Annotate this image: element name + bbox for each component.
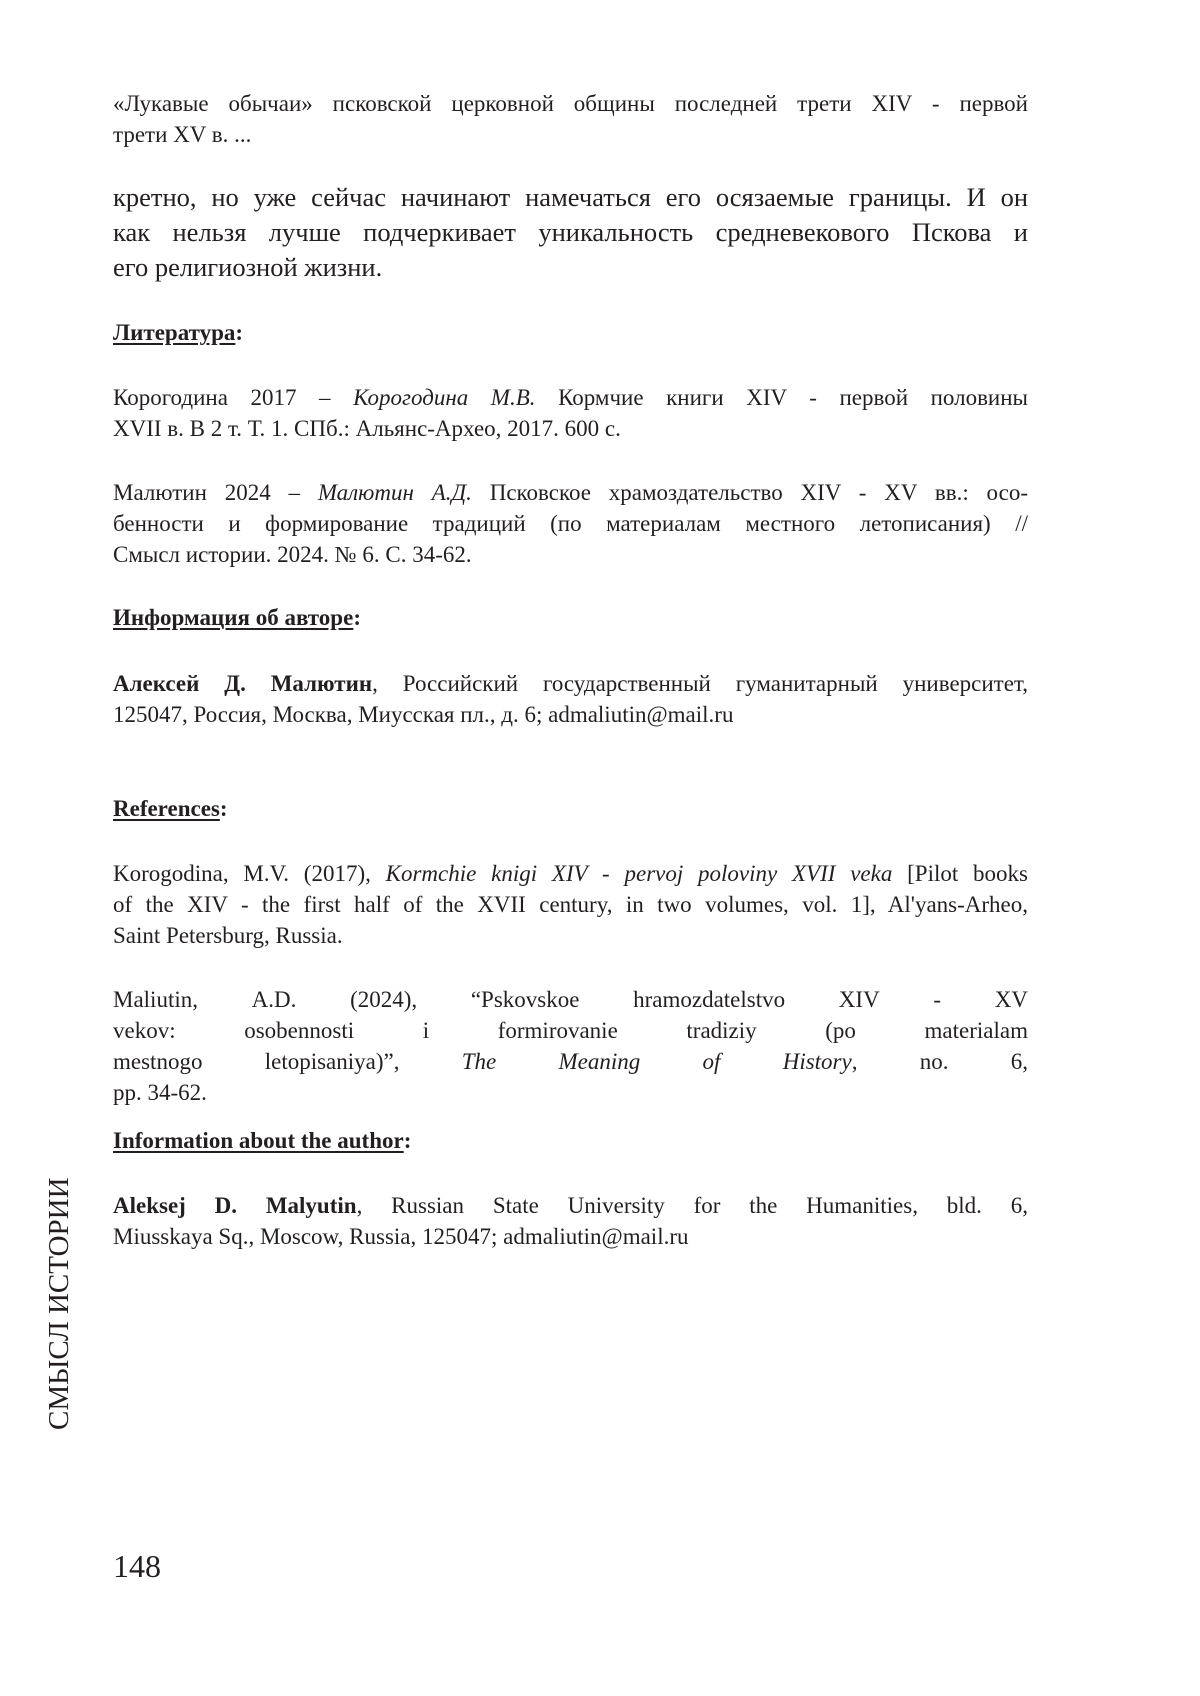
author-info-ru: Алексей Д. Малютин, Российский государст…: [113, 668, 1028, 730]
running-header-line: «Лукавые обычаи» псковской церковной общ…: [113, 88, 1028, 119]
reference-line: pp. 34-62.: [113, 1077, 1028, 1108]
literature-entry: Корогодина 2017 – Корогодина М.В. Кормчи…: [113, 382, 1028, 444]
body-line: кретно, но уже сейчас начинают намечатьс…: [113, 180, 1028, 215]
reference-line: Maliutin,A.D.(2024),“Pskovskoehramozdate…: [113, 984, 1028, 1015]
body-line: как нельзя лучше подчеркивает уникальнос…: [113, 215, 1028, 250]
reference-line: mestnogoletopisaniya)”,TheMeaningofHisto…: [113, 1046, 1028, 1077]
reference-entry: Korogodina, M.V. (2017), Kormchie knigi …: [113, 858, 1028, 951]
author-name: Aleksej D. Malyutin: [113, 1193, 357, 1218]
running-header-line: трети XV в. ...: [113, 119, 1028, 150]
journal-side-title: СМЫСЛ ИСТОРИИ: [44, 1177, 74, 1430]
references-heading: References:: [113, 794, 228, 824]
author-info-heading-en: Information about the author:: [113, 1126, 411, 1156]
author-name-italic: Малютин А.Д.: [318, 480, 472, 505]
body-line: его религиозной жизни.: [113, 250, 1028, 285]
reference-line: vekov:osobennostiiformirovanietradiziy(p…: [113, 1015, 1028, 1046]
author-name: Алексей Д. Малютин: [113, 671, 372, 696]
running-header: «Лукавые обычаи» псковской церковной общ…: [113, 88, 1028, 150]
reference-entry: Maliutin,A.D.(2024),“Pskovskoehramozdate…: [113, 984, 1028, 1108]
body-paragraph: кретно, но уже сейчас начинают намечатьс…: [113, 180, 1028, 285]
author-info-en: Aleksej D. Malyutin, Russian State Unive…: [113, 1190, 1028, 1252]
author-name-italic: Корогодина М.В.: [353, 385, 535, 410]
author-info-heading-ru: Информация об авторе:: [113, 603, 361, 633]
page-number: 148: [113, 1548, 161, 1584]
literature-entry: Малютин 2024 – Малютин А.Д. Псковское хр…: [113, 477, 1028, 570]
literature-heading: Литература:: [113, 318, 243, 348]
